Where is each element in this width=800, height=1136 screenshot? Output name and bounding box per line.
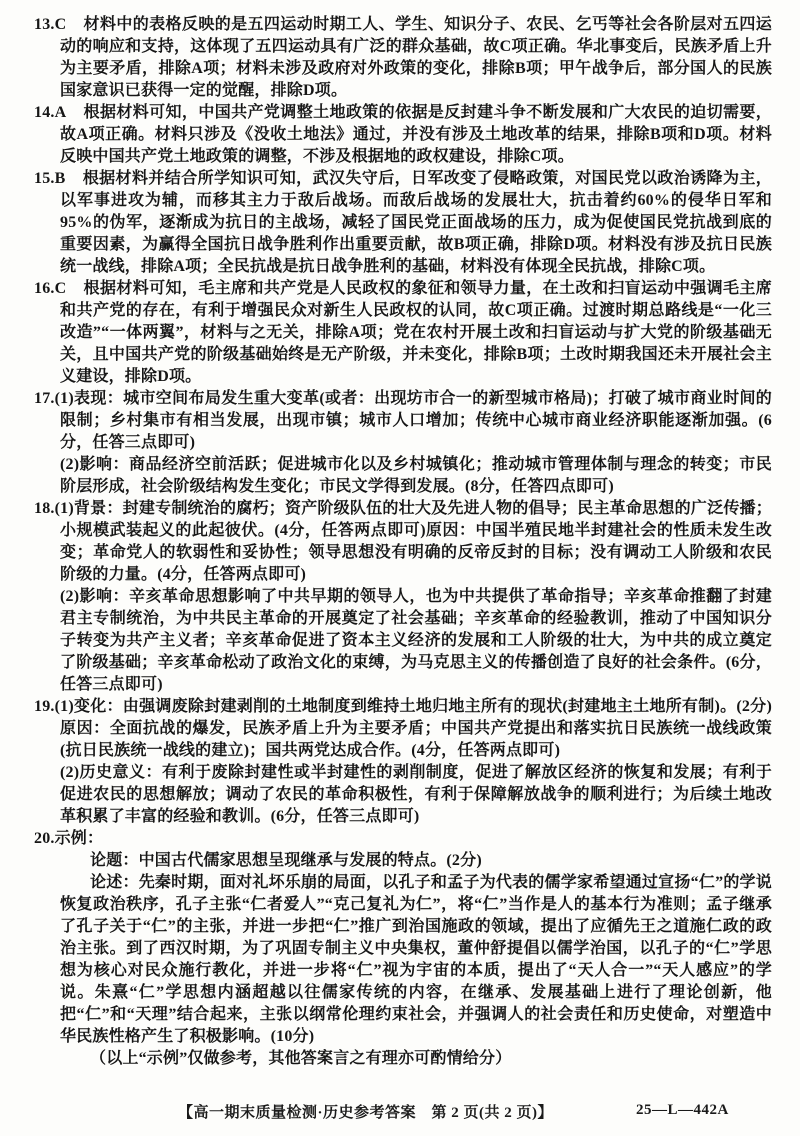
answer-paragraph: (2)影响：辛亥革命思想影响了中共早期的领导人，也为中共提供了革命指导；辛亥革命… xyxy=(34,586,772,696)
answer-text: (1)变化：由强调废除封建剥削的土地制度到维持土地归地主所有的现状(封建地主土地… xyxy=(55,698,772,759)
question-number: 14.A xyxy=(34,104,66,121)
answer-paragraph: 17.(1)表现：城市空间布局发生重大变革(或者：出现坊市合一的新型城市格局)；… xyxy=(34,388,772,454)
answer-item: 19.(1)变化：由强调废除封建剥削的土地制度到维持土地归地主所有的现状(封建地… xyxy=(34,696,772,828)
answer-text: 根据材料可知，毛主席和共产党是人民政权的象征和领导力量，在土改和扫盲运动中强调毛… xyxy=(60,280,772,385)
answer-item: 18.(1)背景：封建专制统治的腐朽；资产阶级队伍的壮大及先进人物的倡导；民主革… xyxy=(34,498,772,696)
answer-paragraph: 20.示例： xyxy=(34,828,772,850)
answer-item: 13.C材料中的表格反映的是五四运动时期工人、学生、知识分子、农民、乞丐等社会各… xyxy=(34,14,772,102)
question-number: 20. xyxy=(34,830,55,847)
answer-paragraph: 18.(1)背景：封建专制统治的腐朽；资产阶级队伍的壮大及先进人物的倡导；民主革… xyxy=(34,498,772,586)
answer-paragraph: 论题：中国古代儒家思想呈现继承与发展的特点。(2分) xyxy=(34,850,772,872)
answer-paragraph: (2)历史意义：有利于废除封建性或半封建性的剥削制度，促进了解放区经济的恢复和发… xyxy=(34,762,772,828)
question-number: 13.C xyxy=(34,16,66,33)
footer-title: 【高一期末质量检测·历史参考答案 第 2 页(共 2 页)】 xyxy=(178,1101,553,1122)
question-number: 19. xyxy=(34,698,55,715)
footer-exam-code: 25—L—442A xyxy=(636,1102,729,1119)
answer-text: (1)背景：封建专制统治的腐朽；资产阶级队伍的壮大及先进人物的倡导；民主革命思想… xyxy=(55,500,772,583)
answer-paragraph: 16.C根据材料可知，毛主席和共产党是人民政权的象征和领导力量，在土改和扫盲运动… xyxy=(34,278,772,388)
question-number: 18. xyxy=(34,500,55,517)
answer-item: 15.B根据材料并结合所学知识可知，武汉失守后，日军改变了侵略政策，对国民党以政… xyxy=(34,168,772,278)
question-number: 17. xyxy=(34,390,55,407)
page-footer: 【高一期末质量检测·历史参考答案 第 2 页(共 2 页)】 25—L—442A xyxy=(0,1101,800,1125)
answer-paragraph: 论述：先秦时期，面对礼坏乐崩的局面，以孔子和孟子为代表的儒学家希望通过宣扬“仁”… xyxy=(34,872,772,1048)
question-number: 16.C xyxy=(34,280,66,297)
answer-paragraph: 13.C材料中的表格反映的是五四运动时期工人、学生、知识分子、农民、乞丐等社会各… xyxy=(34,14,772,102)
answer-text: 根据材料可知，中国共产党调整土地政策的依据是反封建斗争不断发展和广大农民的迫切需… xyxy=(60,104,772,165)
answer-text: 示例： xyxy=(55,830,104,847)
answer-text: 根据材料并结合所学知识可知，武汉失守后，日军改变了侵略政策，对国民党以政治诱降为… xyxy=(60,170,772,275)
answer-item: 17.(1)表现：城市空间布局发生重大变革(或者：出现坊市合一的新型城市格局)；… xyxy=(34,388,772,498)
answer-paragraph: （以上“示例”仅做参考，其他答案言之有理亦可酌情给分） xyxy=(34,1048,772,1070)
answer-item: 20.示例： 论题：中国古代儒家思想呈现继承与发展的特点。(2分)论述：先秦时期… xyxy=(34,828,772,1070)
answer-text: (1)表现：城市空间布局发生重大变革(或者：出现坊市合一的新型城市格局)；打破了… xyxy=(55,390,772,451)
answer-item: 16.C根据材料可知，毛主席和共产党是人民政权的象征和领导力量，在土改和扫盲运动… xyxy=(34,278,772,388)
answer-sheet-page: 13.C材料中的表格反映的是五四运动时期工人、学生、知识分子、农民、乞丐等社会各… xyxy=(0,0,800,1136)
question-number: 15.B xyxy=(34,170,65,187)
answer-text: 材料中的表格反映的是五四运动时期工人、学生、知识分子、农民、乞丐等社会各阶层对五… xyxy=(60,16,772,99)
answer-paragraph: (2)影响：商品经济空前活跃；促进城市化以及乡村城镇化；推动城市管理体制与理念的… xyxy=(34,454,772,498)
answers-list: 13.C材料中的表格反映的是五四运动时期工人、学生、知识分子、农民、乞丐等社会各… xyxy=(34,14,772,1070)
answer-item: 14.A根据材料可知，中国共产党调整土地政策的依据是反封建斗争不断发展和广大农民… xyxy=(34,102,772,168)
answer-paragraph: 14.A根据材料可知，中国共产党调整土地政策的依据是反封建斗争不断发展和广大农民… xyxy=(34,102,772,168)
answer-paragraph: 19.(1)变化：由强调废除封建剥削的土地制度到维持土地归地主所有的现状(封建地… xyxy=(34,696,772,762)
answer-paragraph: 15.B根据材料并结合所学知识可知，武汉失守后，日军改变了侵略政策，对国民党以政… xyxy=(34,168,772,278)
